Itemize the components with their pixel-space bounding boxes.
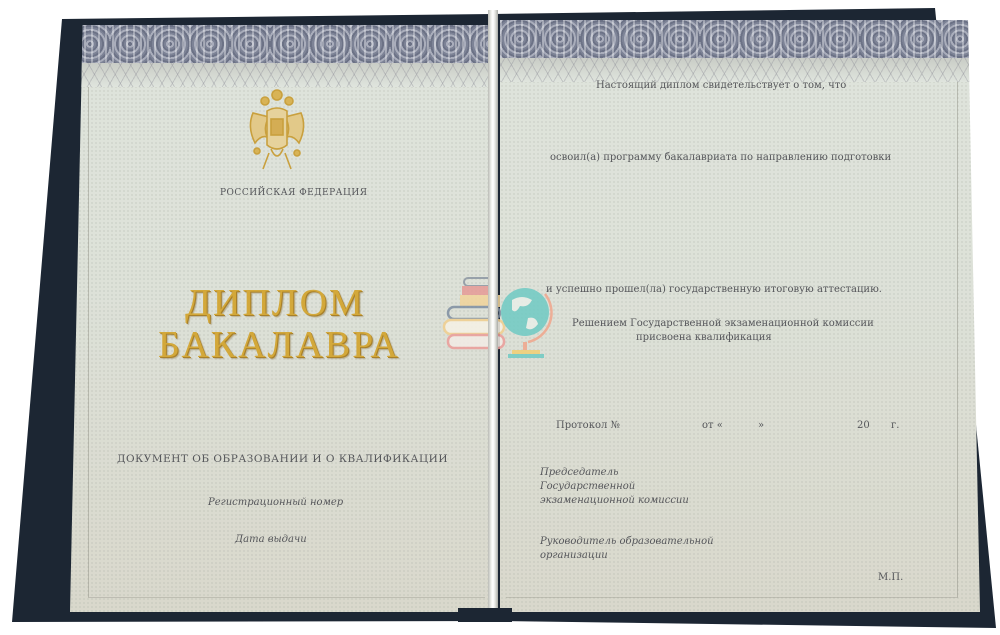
protocol-date-open: от « (702, 420, 723, 431)
decision-line1: Решением Государственной экзаменационной… (572, 318, 874, 329)
books-and-globe-logo-icon (442, 276, 562, 368)
program-line: освоил(а) программу бакалавриата по напр… (550, 152, 891, 163)
document-subtitle: ДОКУМЕНТ ОБ ОБРАЗОВАНИИ И О КВАЛИФИКАЦИИ (117, 453, 448, 465)
chair-label-line1: Председатель (540, 467, 618, 478)
registration-number-label: Регистрационный номер (208, 497, 343, 508)
protocol-year-suffix: г. (891, 420, 899, 431)
issue-date-label: Дата выдачи (235, 534, 307, 545)
guilloche-band (70, 25, 493, 63)
country-name: РОССИЙСКАЯ ФЕДЕРАЦИЯ (220, 188, 367, 198)
head-label-line2: организации (540, 550, 608, 561)
guilloche-band-lower (500, 58, 980, 82)
chair-label-line3: экзаменационной комиссии (540, 495, 689, 506)
attestation-line: и успешно прошел(ла) государственную ито… (546, 284, 882, 295)
protocol-date-close: » (758, 420, 764, 431)
chair-label-line2: Государственной (540, 481, 635, 492)
decision-line2: присвоена квалификация (636, 332, 772, 343)
guilloche-band-lower (70, 63, 493, 87)
diploma-left-page: РОССИЙСКАЯ ФЕДЕРАЦИЯ ДИПЛОМ БАКАЛАВРА ДО… (70, 25, 493, 612)
protocol-label: Протокол № (556, 420, 620, 431)
seal-label: М.П. (878, 572, 903, 583)
diploma-title-line2: БАКАЛАВРА (158, 325, 400, 365)
spine-tab (458, 608, 512, 622)
head-label-line1: Руководитель образовательной (540, 536, 714, 547)
protocol-year-prefix: 20 (857, 420, 870, 431)
diploma-spine-ribbon (488, 10, 498, 620)
diploma-title-line1: ДИПЛОМ (185, 283, 365, 323)
guilloche-band (500, 20, 980, 58)
russian-coat-of-arms-icon (245, 87, 309, 179)
diploma-right-page: Настоящий диплом свидетельствует о том, … (500, 20, 980, 612)
certifies-line: Настоящий диплом свидетельствует о том, … (596, 80, 846, 91)
